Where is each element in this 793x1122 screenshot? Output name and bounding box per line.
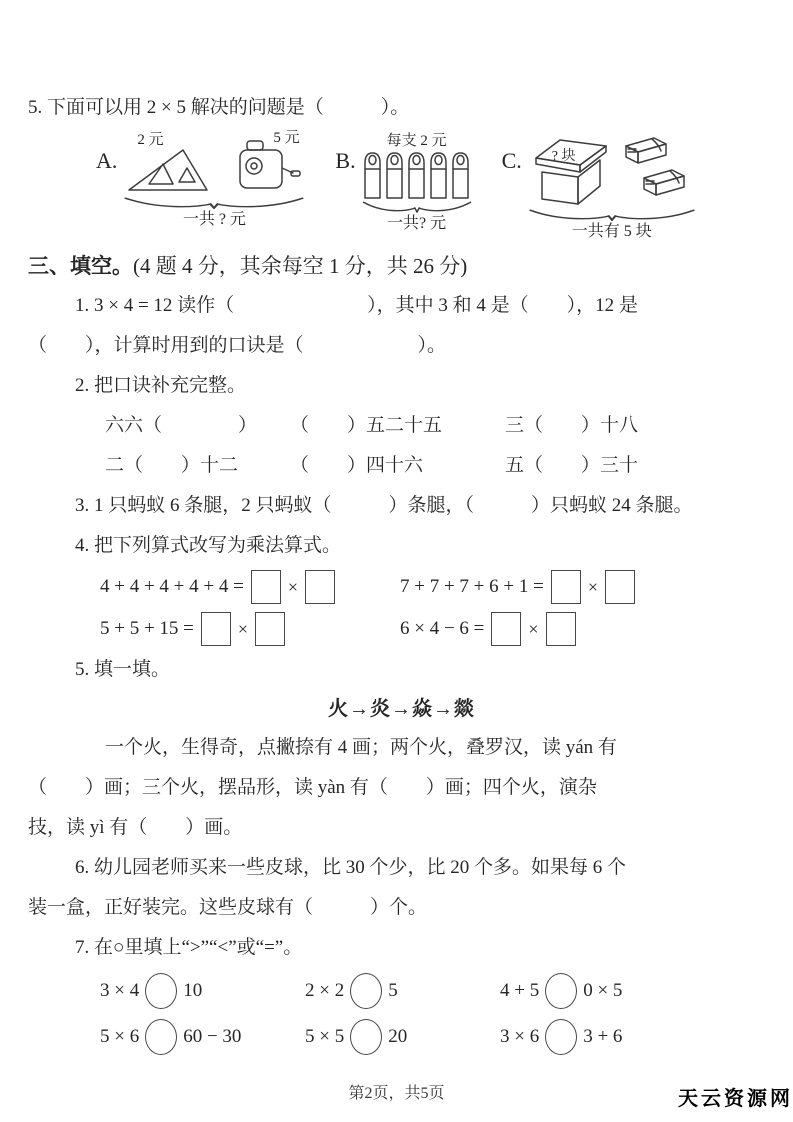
unit-price-label: 每支 2 元 bbox=[387, 132, 447, 150]
section-header: 三、填空。(4 题 4 分，其余每空 1 分，共 26 分) bbox=[28, 246, 775, 286]
option-b-caption: 一共? 元 bbox=[387, 214, 446, 234]
question-5-para-line-3: 技，读 yì 有（ ）画。 bbox=[28, 808, 775, 848]
candy-icon bbox=[626, 138, 666, 163]
comparison-item: 5 × 6 60 − 30 bbox=[100, 1014, 305, 1060]
answer-box[interactable] bbox=[255, 612, 285, 646]
candy-icon bbox=[644, 170, 684, 195]
option-c-caption: 一共有 5 块 bbox=[572, 222, 652, 242]
crayons-icon bbox=[364, 150, 470, 200]
answer-box[interactable] bbox=[491, 612, 521, 646]
compare-right: 20 bbox=[388, 1026, 407, 1048]
option-a-caption: 一共 ? 元 bbox=[183, 210, 246, 230]
multiply-sign: × bbox=[528, 619, 538, 640]
option-b-letter: B. bbox=[335, 148, 355, 174]
watermark: 天云资源网 bbox=[678, 1082, 793, 1111]
question-4-equations: 4 + 4 + 4 + 4 + 4 = × 7 + 7 + 7 + 6 + 1 … bbox=[28, 566, 775, 650]
mnemonic-blank[interactable]: （ ）四十六 bbox=[290, 446, 505, 486]
compare-right: 3 + 6 bbox=[583, 1026, 622, 1048]
equation-lhs: 5 + 5 + 15 = bbox=[100, 618, 194, 640]
question-2-row-1: 六六（ ） （ ）五二十五 三（ ）十八 bbox=[28, 406, 775, 446]
section-title: 三、填空。 bbox=[28, 254, 133, 278]
underbrace-icon bbox=[528, 209, 696, 221]
underbrace-icon bbox=[123, 197, 305, 209]
price-label-left: 2 元 bbox=[137, 132, 163, 148]
option-c[interactable]: C. ? 块 bbox=[502, 132, 696, 242]
multiply-sign: × bbox=[238, 619, 248, 640]
compare-left: 3 × 6 bbox=[500, 1026, 539, 1048]
question-5-para-line-2: （ ）画；三个火，摆品形，读 yàn 有（ ）画；四个火，演杂 bbox=[28, 768, 775, 808]
compare-circle[interactable] bbox=[545, 1019, 577, 1055]
compare-left: 5 × 5 bbox=[305, 1026, 344, 1048]
compare-left: 4 + 5 bbox=[500, 980, 539, 1002]
question-7-row-1: 3 × 4 10 2 × 2 5 4 + 5 0 × 5 bbox=[28, 968, 775, 1014]
option-b-figure: 每支 2 元 bbox=[362, 132, 472, 200]
box-count-label: ? 块 bbox=[552, 145, 576, 165]
compare-circle[interactable] bbox=[145, 1019, 177, 1055]
option-b[interactable]: B. 每支 2 元 一共? 元 bbox=[335, 132, 471, 234]
mnemonic-blank[interactable]: （ ）五二十五 bbox=[290, 406, 505, 446]
equation-item: 4 + 4 + 4 + 4 + 4 = × bbox=[100, 566, 400, 608]
equation-item: 6 × 4 − 6 = × bbox=[400, 608, 775, 650]
compare-right: 60 − 30 bbox=[183, 1026, 241, 1048]
gift-box-and-candies-icon bbox=[528, 132, 696, 208]
option-a[interactable]: A. 2 元 5 元 bbox=[96, 132, 305, 230]
equation-lhs: 4 + 4 + 4 + 4 + 4 = bbox=[100, 576, 244, 598]
mnemonic-blank[interactable]: 三（ ）十八 bbox=[505, 406, 775, 446]
fire-characters-heading: 火→炎→焱→燚 bbox=[28, 690, 775, 728]
question-5-fill-title: 5. 填一填。 bbox=[28, 650, 775, 690]
multiply-sign: × bbox=[588, 577, 598, 598]
worksheet-page: 5. 下面可以用 2 × 5 解决的问题是（ ）。 A. 2 元 5 元 bbox=[0, 88, 793, 1060]
question-1-line-2: （ ），计算时用到的口诀是（ ）。 bbox=[28, 326, 775, 366]
compare-circle[interactable] bbox=[545, 973, 577, 1009]
compare-left: 3 × 4 bbox=[100, 980, 139, 1002]
option-c-letter: C. bbox=[502, 148, 522, 174]
comparison-item: 4 + 5 0 × 5 bbox=[500, 968, 775, 1014]
question-4-title: 4. 把下列算式改写为乘法算式。 bbox=[28, 526, 775, 566]
option-a-figure: 2 元 5 元 bbox=[123, 132, 305, 196]
equation-lhs: 6 × 4 − 6 = bbox=[400, 618, 484, 640]
question-1-line-1: 1. 3 × 4 = 12 读作（ ），其中 3 和 4 是（ ），12 是 bbox=[28, 286, 775, 326]
question-5-para-line-1: 一个火，生得奇，点撇捺有 4 画；两个火，叠罗汉，读 yán 有 bbox=[28, 728, 775, 768]
option-a-letter: A. bbox=[96, 148, 117, 174]
compare-circle[interactable] bbox=[145, 973, 177, 1009]
equation-item: 5 + 5 + 15 = × bbox=[100, 608, 400, 650]
answer-box[interactable] bbox=[546, 612, 576, 646]
question-2-row-2: 二（ ）十二 （ ）四十六 五（ ）三十 bbox=[28, 446, 775, 486]
question-7-title: 7. 在○里填上“>”“<”或“=”。 bbox=[28, 928, 775, 968]
compare-right: 5 bbox=[388, 980, 398, 1002]
option-c-figure: ? 块 bbox=[528, 132, 696, 208]
question-6-line-2: 装一盒，正好装完。这些皮球有（ ）个。 bbox=[28, 888, 775, 928]
compare-circle[interactable] bbox=[350, 973, 382, 1009]
question-5-stem: 5. 下面可以用 2 × 5 解决的问题是（ ）。 bbox=[28, 88, 775, 128]
comparison-item: 5 × 5 20 bbox=[305, 1014, 500, 1060]
compare-right: 0 × 5 bbox=[583, 980, 622, 1002]
answer-box[interactable] bbox=[605, 570, 635, 604]
question-6-line-1: 6. 幼儿园老师买来一些皮球，比 30 个少，比 20 个多。如果每 6 个 bbox=[28, 848, 775, 888]
comparison-item: 3 × 4 10 bbox=[100, 968, 305, 1014]
section-score-note: (4 题 4 分，其余每空 1 分，共 26 分) bbox=[133, 254, 467, 278]
question-2-title: 2. 把口诀补充完整。 bbox=[28, 366, 775, 406]
comparison-item: 2 × 2 5 bbox=[305, 968, 500, 1014]
mnemonic-blank[interactable]: 五（ ）三十 bbox=[505, 446, 775, 486]
mnemonic-blank[interactable]: 六六（ ） bbox=[105, 406, 290, 446]
compare-circle[interactable] bbox=[350, 1019, 382, 1055]
answer-options: A. 2 元 5 元 bbox=[28, 132, 775, 232]
mnemonic-blank[interactable]: 二（ ）十二 bbox=[105, 446, 290, 486]
question-3-text: 3. 1 只蚂蚁 6 条腿，2 只蚂蚁（ ）条腿，（ ）只蚂蚁 24 条腿。 bbox=[28, 486, 775, 526]
answer-box[interactable] bbox=[551, 570, 581, 604]
equation-lhs: 7 + 7 + 7 + 6 + 1 = bbox=[400, 576, 544, 598]
compare-left: 5 × 6 bbox=[100, 1026, 139, 1048]
page-footer: 第2页，共5页 bbox=[0, 1080, 793, 1103]
answer-box[interactable] bbox=[201, 612, 231, 646]
price-label-right: 5 元 bbox=[273, 130, 299, 146]
answer-box[interactable] bbox=[305, 570, 335, 604]
equation-item: 7 + 7 + 7 + 6 + 1 = × bbox=[400, 566, 775, 608]
underbrace-icon bbox=[362, 201, 472, 213]
question-7-row-2: 5 × 6 60 − 30 5 × 5 20 3 × 6 3 + 6 bbox=[28, 1014, 775, 1060]
comparison-item: 3 × 6 3 + 6 bbox=[500, 1014, 775, 1060]
answer-box[interactable] bbox=[251, 570, 281, 604]
compare-left: 2 × 2 bbox=[305, 980, 344, 1002]
multiply-sign: × bbox=[288, 577, 298, 598]
compare-right: 10 bbox=[183, 980, 202, 1002]
